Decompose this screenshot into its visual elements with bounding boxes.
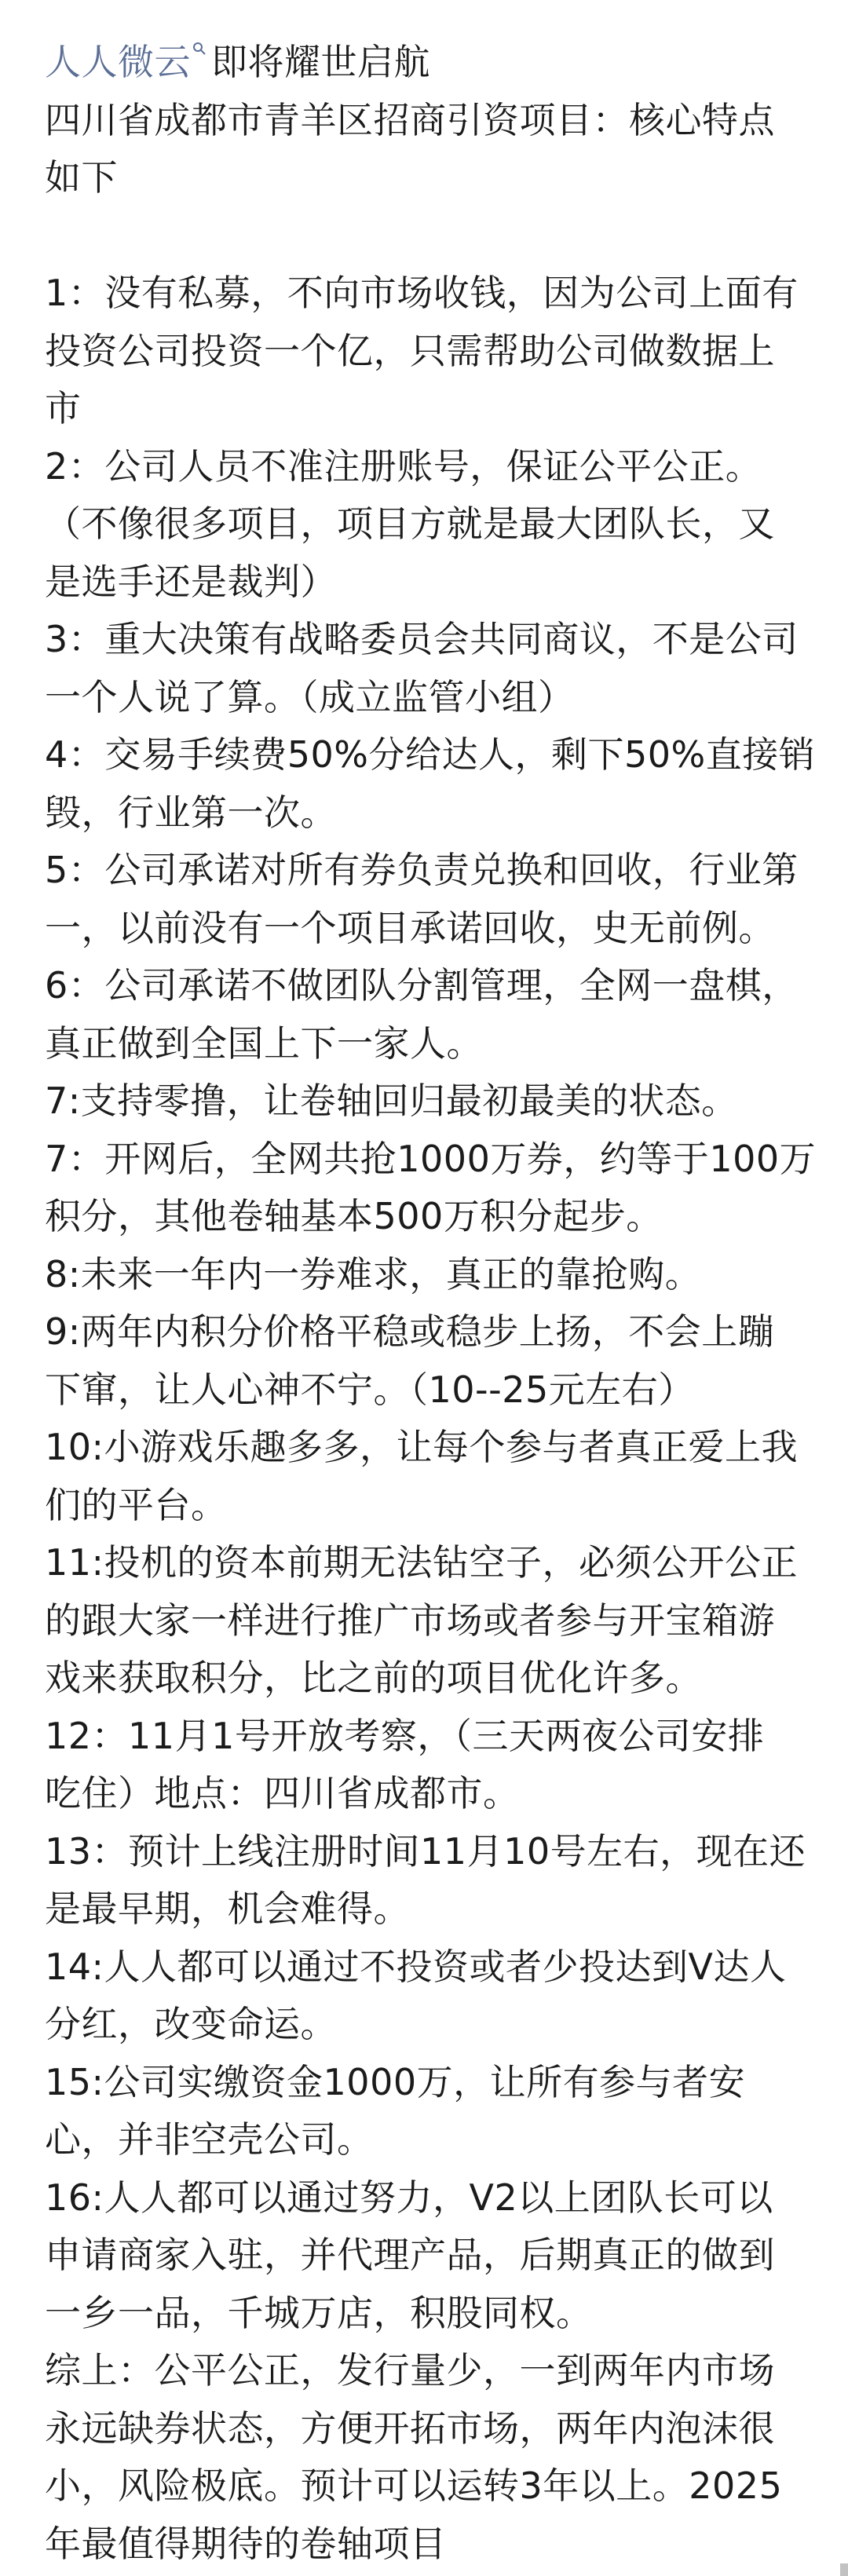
list-item-line: 7：开网后，全网共抢1000万券，约等于100万: [45, 1131, 810, 1189]
list-item-8: 8:未来一年内一券难求，真正的靠抢购。: [45, 1246, 810, 1304]
scrollbar-thumb[interactable]: [840, 2563, 848, 2576]
list-item-line: 心，并非空壳公司。: [45, 2111, 810, 2169]
list-item-line: 5：公司承诺对所有券负责兑换和回收，行业第: [45, 842, 810, 900]
list-item-7b: 7：开网后，全网共抢1000万券，约等于100万 积分，其他卷轴基本500万积分…: [45, 1131, 810, 1246]
summary-paragraph: 综上：公平公正，发行量少，一到两年内市场 永远缺券状态，方便开拓市场，两年内泡沫…: [45, 2342, 810, 2573]
list-item-line: 15:公司实缴资金1000万，让所有参与者安: [45, 2054, 810, 2112]
list-item-line: 戏来获取积分，比之前的项目优化许多。: [45, 1650, 810, 1708]
summary-line: 小，风险极底。预计可以运转3年以上。2025: [45, 2457, 810, 2516]
list-item-line: 毁，行业第一次。: [45, 784, 810, 842]
list-item-14: 14:人人都可以通过不投资或者少投达到V达人 分红，改变命运。: [45, 1938, 810, 2054]
list-item-13: 13：预计上线注册时间11月10号左右，现在还 是最早期，机会难得。: [45, 1823, 810, 1938]
list-item-line: 分红，改变命运。: [45, 1996, 810, 2054]
list-item-11: 11:投机的资本前期无法钻空子，必须公开公正 的跟大家一样进行推广市场或者参与开…: [45, 1534, 810, 1708]
summary-line: 综上：公平公正，发行量少，一到两年内市场: [45, 2342, 810, 2400]
list-item-line: 11:投机的资本前期无法钻空子，必须公开公正: [45, 1534, 810, 1592]
list-item-line: 积分，其他卷轴基本500万积分起步。: [45, 1188, 810, 1246]
post-title: 人人微云即将耀世启航: [45, 34, 810, 92]
list-item-3: 3：重大决策有战略委员会共同商议，不是公司 一个人说了算。（成立监管小组）: [45, 611, 810, 726]
list-item-6: 6：公司承诺不做团队分割管理，全网一盘棋， 真正做到全国上下一家人。: [45, 957, 810, 1072]
list-item-line: 一个人说了算。（成立监管小组）: [45, 669, 810, 727]
list-item-line: 真正做到全国上下一家人。: [45, 1015, 810, 1073]
blank-line: [45, 207, 810, 265]
list-item-line: （不像很多项目，项目方就是最大团队长，又: [45, 495, 810, 554]
list-item-1: 1：没有私募，不向市场收钱，因为公司上面有 投资公司投资一个亿，只需帮助公司做数…: [45, 265, 810, 438]
list-item-line: 2：公司人员不准注册账号，保证公平公正。: [45, 438, 810, 496]
intro-paragraph: 四川省成都市青羊区招商引资项目：核心特点 如下: [45, 92, 810, 207]
list-item-16: 16:人人都可以通过努力，V2以上团队长可以 申请商家入驻，并代理产品，后期真正…: [45, 2169, 810, 2343]
list-item-line: 16:人人都可以通过努力，V2以上团队长可以: [45, 2169, 810, 2227]
intro-line: 如下: [45, 149, 810, 207]
list-item-7a: 7:支持零撸，让卷轴回归最初最美的状态。: [45, 1072, 810, 1131]
search-icon: [192, 34, 208, 57]
list-item-line: 吃住）地点：四川省成都市。: [45, 1765, 810, 1823]
list-item-line: 14:人人都可以通过不投资或者少投达到V达人: [45, 1938, 810, 1997]
list-item-line: 3：重大决策有战略委员会共同商议，不是公司: [45, 611, 810, 669]
post-body: 人人微云即将耀世启航 四川省成都市青羊区招商引资项目：核心特点 如下 1：没有私…: [45, 34, 810, 2573]
list-item-line: 下窜，让人心神不宁。（10--25元左右）: [45, 1361, 810, 1420]
list-item-line: 市: [45, 380, 810, 438]
list-item-line: 6：公司承诺不做团队分割管理，全网一盘棋，: [45, 957, 810, 1015]
list-item-line: 是选手还是裁判）: [45, 554, 810, 612]
list-item-line: 一，以前没有一个项目承诺回收，史无前例。: [45, 900, 810, 958]
list-item-2: 2：公司人员不准注册账号，保证公平公正。 （不像很多项目，项目方就是最大团队长，…: [45, 438, 810, 612]
list-item-9: 9:两年内积分价格平稳或稳步上扬，不会上蹦 下窜，让人心神不宁。（10--25元…: [45, 1303, 810, 1419]
list-item-4: 4：交易手续费50%分给达人，剩下50%直接销 毁，行业第一次。: [45, 726, 810, 842]
list-item-15: 15:公司实缴资金1000万，让所有参与者安 心，并非空壳公司。: [45, 2054, 810, 2169]
list-item-line: 是最早期，机会难得。: [45, 1880, 810, 1938]
list-item-12: 12：11月1号开放考察，（三天两夜公司安排 吃住）地点：四川省成都市。: [45, 1708, 810, 1823]
list-item-5: 5：公司承诺对所有券负责兑换和回收，行业第 一，以前没有一个项目承诺回收，史无前…: [45, 842, 810, 957]
intro-line: 四川省成都市青羊区招商引资项目：核心特点: [45, 92, 810, 150]
summary-line: 年最值得期待的卷轴项目: [45, 2516, 810, 2574]
list-item-line: 1：没有私募，不向市场收钱，因为公司上面有: [45, 265, 810, 323]
list-item-line: 13：预计上线注册时间11月10号左右，现在还: [45, 1823, 810, 1881]
list-item-line: 投资公司投资一个亿，只需帮助公司做数据上: [45, 323, 810, 381]
list-item-line: 7:支持零撸，让卷轴回归最初最美的状态。: [45, 1072, 810, 1131]
list-item-line: 一乡一品，千城万店，积股同权。: [45, 2285, 810, 2343]
list-item-line: 的跟大家一样进行推广市场或者参与开宝箱游: [45, 1592, 810, 1650]
list-item-line: 9:两年内积分价格平稳或稳步上扬，不会上蹦: [45, 1303, 810, 1361]
list-item-line: 10:小游戏乐趣多多，让每个参与者真正爱上我: [45, 1419, 810, 1477]
list-item-line: 们的平台。: [45, 1477, 810, 1535]
title-rest: 即将耀世启航: [211, 41, 430, 83]
topic-link[interactable]: 人人微云: [45, 41, 211, 83]
summary-line: 永远缺券状态，方便开拓市场，两年内泡沫很: [45, 2400, 810, 2458]
list-item-line: 8:未来一年内一券难求，真正的靠抢购。: [45, 1246, 810, 1304]
list-item-line: 12：11月1号开放考察，（三天两夜公司安排: [45, 1708, 810, 1766]
topic-link-text: 人人微云: [45, 41, 191, 83]
list-item-10: 10:小游戏乐趣多多，让每个参与者真正爱上我 们的平台。: [45, 1419, 810, 1534]
list-item-line: 4：交易手续费50%分给达人，剩下50%直接销: [45, 726, 810, 784]
list-item-line: 申请商家入驻，并代理产品，后期真正的做到: [45, 2227, 810, 2285]
